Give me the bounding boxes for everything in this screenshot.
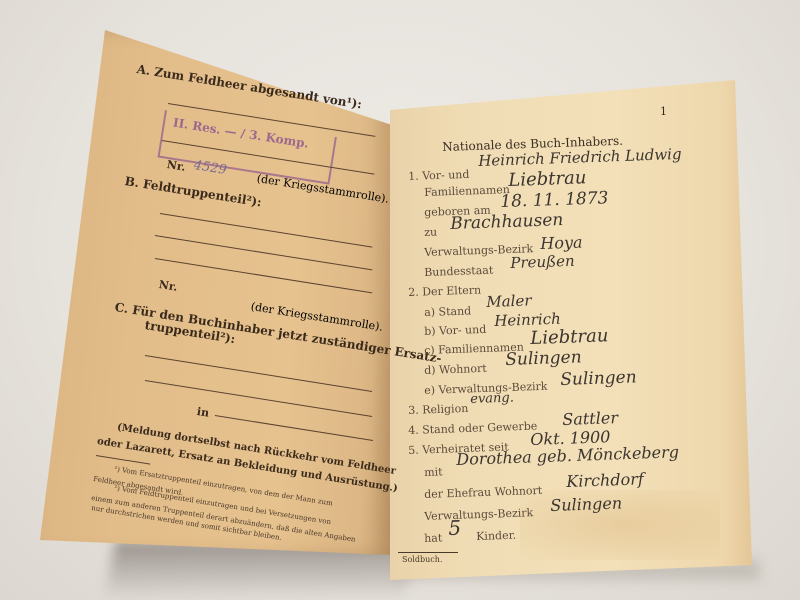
parent-c-value: Liebtrau xyxy=(530,325,609,349)
parents-label: 2. Der Eltern xyxy=(408,283,481,299)
trade-value: Sattler xyxy=(562,408,618,429)
field-1-label: 1. Vor- und xyxy=(408,168,470,183)
zu-label: zu xyxy=(424,226,437,239)
zu-value: Brachhausen xyxy=(450,210,564,234)
state-label: Bundesstaat xyxy=(424,264,493,279)
section-b-nr-label: Nr. xyxy=(158,278,178,294)
children-count: 5 xyxy=(448,516,462,540)
parent-d-label: d) Wohnort xyxy=(424,362,487,377)
parent-a-label: a) Stand xyxy=(424,304,471,319)
religion-value: evang. xyxy=(470,390,514,407)
field-1b-value: Liebtrau xyxy=(508,167,587,191)
footer-divider xyxy=(398,552,458,553)
born-value: 18. 11. 1873 xyxy=(500,188,609,212)
parent-e-value: Sulingen xyxy=(560,367,637,390)
religion-label: 3. Religion xyxy=(408,402,469,417)
section-c-in-label: in xyxy=(196,405,210,420)
parent-b-label: b) Vor- und xyxy=(424,323,486,338)
district-value: Hoya xyxy=(540,233,583,253)
state-value: Preußen xyxy=(510,252,575,272)
children-label: Kinder. xyxy=(476,529,516,543)
parent-d-value: Sulingen xyxy=(505,347,582,370)
footer-label: Soldbuch. xyxy=(402,555,442,564)
parent-a-value: Maler xyxy=(486,291,532,311)
wife-district-value: Sulingen xyxy=(550,493,622,514)
spouse-label: mit xyxy=(424,465,443,479)
children-prefix: hat xyxy=(424,531,443,545)
page-number: 1 xyxy=(660,105,667,118)
wife-residence-value: Kirchdorf xyxy=(566,469,644,491)
section-a-nr-label: Nr. xyxy=(166,158,186,174)
